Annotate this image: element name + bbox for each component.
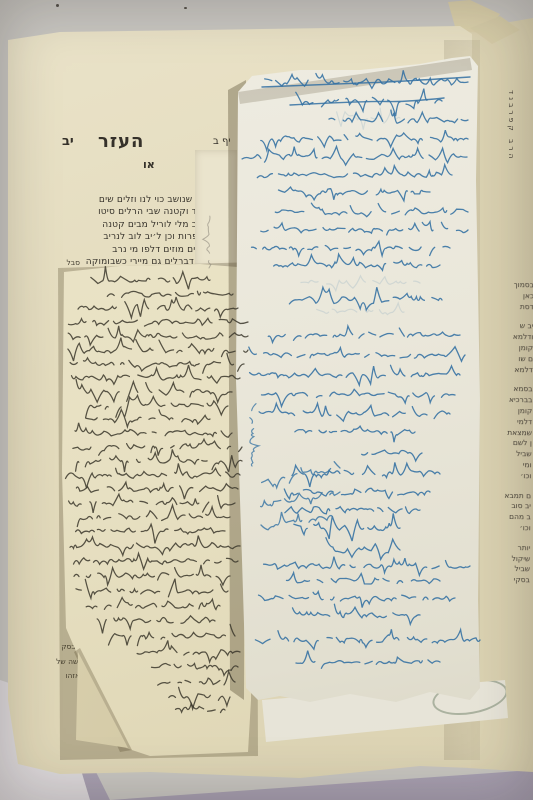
handwriting-stroke [74,565,230,585]
handwriting-stroke [318,538,400,560]
handwriting-stroke [169,687,230,709]
handwriting-stroke [282,507,420,514]
handwriting-stroke [69,494,235,513]
handwriting-stroke [91,266,210,289]
handwriting-stroke [241,365,460,385]
handwriting-stroke [270,203,468,217]
handwriting-stroke [261,222,468,235]
handwriting-stroke [279,187,431,201]
handwriting-stroke [259,592,456,608]
handwriting-stroke [287,573,441,584]
handwriting-stroke [68,553,239,569]
handwriting-stroke [137,640,240,662]
handwriting-stroke [107,291,233,297]
handwriting-stroke [256,130,468,150]
handwriting-stroke [76,579,228,599]
handwriting-stroke [170,703,225,712]
handwriting-stroke [73,505,230,526]
handwriting-stroke [289,651,441,669]
handwriting-stroke [256,403,450,421]
handwriting-stroke [354,450,422,461]
handwriting-stroke [264,326,460,342]
handwriting-stroke [109,624,236,645]
handwriting-stroke [152,663,239,675]
handwriting-stroke [72,365,241,384]
handwriting-stroke [251,165,452,178]
handwriting-stroke [68,338,248,361]
handwriting-stroke [86,396,228,418]
handwriting-stroke [203,216,211,268]
handwriting-stroke [262,462,340,488]
handwriting-stroke [78,297,238,318]
handwriting-stroke [70,536,240,556]
handwriting-stroke [294,513,400,541]
handwriting-stroke [337,108,400,130]
handwriting-stroke [63,326,248,345]
handwriting-stroke [67,423,232,437]
handwriting-stroke [249,347,465,362]
handwriting-stroke [76,524,225,543]
handwriting-stroke [295,426,415,442]
handwriting-stroke [68,482,238,499]
handwriting-stroke [250,399,259,466]
handwriting-stroke [293,604,421,624]
handwriting-stroke [261,512,332,530]
handwriting-ink-overlay [0,0,533,800]
handwriting-stroke [268,254,441,270]
book-photograph: העזר יב יף ב או יון פלמתב שנושב כוי לנו … [0,0,533,800]
handwriting-stroke [69,318,249,326]
handwriting-stroke [278,488,430,498]
handwriting-stroke [97,616,215,634]
handwriting-stroke [86,410,210,427]
handwriting-stroke [301,276,420,291]
handwriting-stroke [292,462,440,487]
handwriting-stroke [296,89,442,117]
handwriting-stroke [242,147,467,166]
handwriting-stroke [244,241,450,255]
handwriting-stroke [257,557,470,576]
handwriting-stroke [289,287,442,310]
handwriting-stroke [66,463,241,488]
handwriting-stroke [253,389,455,406]
handwriting-stroke [255,629,480,649]
handwriting-stroke [83,598,220,610]
